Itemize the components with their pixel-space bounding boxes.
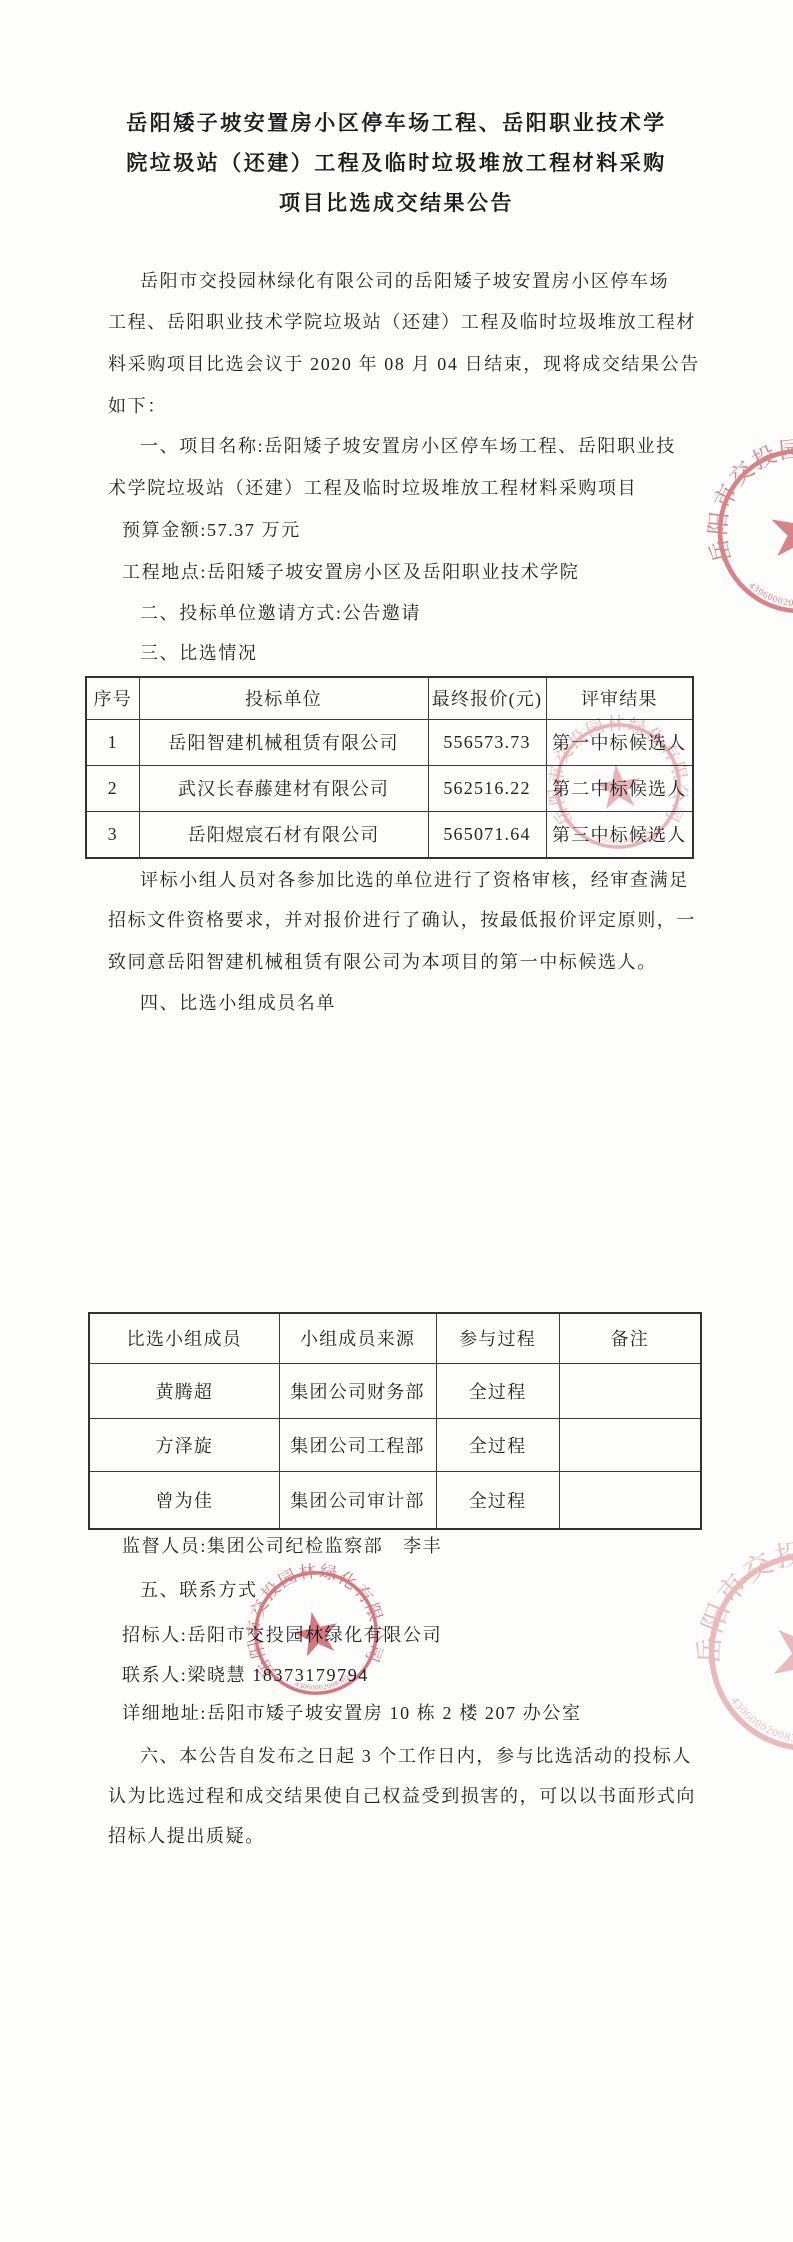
cell-seq: 1	[86, 719, 139, 765]
header-cell: 比选小组成员	[89, 1313, 279, 1363]
intro-line: 工程、岳阳职业技术学院垃圾站（还建）工程及临时垃圾堆放工程材	[108, 308, 696, 336]
cell-process: 全过程	[436, 1471, 559, 1529]
section1-project-name-line: 一、项目名称:岳阳矮子坡安置房小区停车场工程、岳阳职业技	[140, 432, 676, 460]
header-cell: 最终报价(元)	[428, 677, 546, 719]
contact-person-line: 联系人:梁晓慧 18373179794	[122, 1661, 369, 1689]
header-cell: 序号	[86, 677, 139, 719]
bid-results-table: 序号 投标单位 最终报价(元) 评审结果 1 岳阳智建机械租赁有限公司 5565…	[85, 676, 694, 859]
tenderee-line: 招标人:岳阳市交投园林绿化有限公司	[122, 1621, 442, 1649]
document-title-line: 项目比选成交结果公告	[0, 188, 793, 218]
cell-price: 562516.22	[428, 765, 546, 811]
header-cell: 备注	[559, 1313, 701, 1363]
intro-line: 料采购项目比选会议于 2020 年 08 月 04 日结束，现将成交结果公告	[108, 350, 700, 378]
header-cell: 参与过程	[436, 1313, 559, 1363]
section1-project-name-line: 术学院垃圾站（还建）工程及临时垃圾堆放工程材料采购项目	[108, 474, 637, 502]
cell-result: 第二中标候选人	[546, 765, 693, 811]
cell-member: 曾为佳	[89, 1471, 279, 1529]
budget-line: 预算金额:57.37 万元	[122, 516, 301, 544]
table-row: 黄腾超 集团公司财务部 全过程	[89, 1363, 701, 1418]
cell-price: 565071.64	[428, 811, 546, 858]
seal-ring	[708, 439, 793, 622]
intro-line: 岳阳市交投园林绿化有限公司的岳阳矮子坡安置房小区停车场	[140, 267, 669, 295]
address-line: 详细地址:岳阳市矮子坡安置房 10 栋 2 楼 207 办公室	[122, 1699, 582, 1727]
company-seal: ★ 岳阳市交投园林绿化有限公司 430600020083026	[696, 1540, 793, 1764]
table-row: 3 岳阳煜宸石材有限公司 565071.64 第三中标候选人	[86, 811, 693, 858]
cell-remark	[559, 1471, 701, 1529]
table-row: 2 武汉长春藤建材有限公司 562516.22 第二中标候选人	[86, 765, 693, 811]
review-line: 致同意岳阳智建机械租赁有限公司为本项目的第一中标候选人。	[108, 948, 657, 976]
document-title-line: 院垃圾站（还建）工程及临时垃圾堆放工程材料采购	[0, 148, 793, 178]
table-row: 曾为佳 集团公司审计部 全过程	[89, 1471, 701, 1529]
cell-remark	[559, 1418, 701, 1471]
seal-ring	[681, 1525, 793, 1779]
cell-member: 方泽旋	[89, 1418, 279, 1471]
cell-remark	[559, 1363, 701, 1418]
supervisor-line: 监督人员:集团公司纪检监察部 李丰	[122, 1532, 442, 1560]
table-row: 方泽旋 集团公司工程部 全过程	[89, 1418, 701, 1471]
table-header-row: 序号 投标单位 最终报价(元) 评审结果	[86, 677, 693, 719]
section3-heading: 三、比选情况	[140, 639, 258, 667]
header-cell: 小组成员来源	[279, 1313, 436, 1363]
cell-source: 集团公司工程部	[279, 1418, 436, 1471]
company-seal: ★ 岳阳市交投园林绿化有限公司 430600020083026	[707, 438, 793, 624]
seal-serial-text: 430600020083026	[744, 580, 793, 615]
table-row: 1 岳阳智建机械租赁有限公司 556573.73 第一中标候选人	[86, 719, 693, 765]
document-page: 岳阳矮子坡安置房小区停车场工程、岳阳职业技术学 院垃圾站（还建）工程及临时垃圾堆…	[0, 0, 793, 2242]
cell-seq: 3	[86, 811, 139, 858]
cell-source: 集团公司财务部	[279, 1363, 436, 1418]
cell-bidder: 武汉长春藤建材有限公司	[139, 765, 428, 811]
intro-line: 如下：	[108, 392, 167, 420]
cell-source: 集团公司审计部	[279, 1471, 436, 1529]
cell-price: 556573.73	[428, 719, 546, 765]
document-title-line: 岳阳矮子坡安置房小区停车场工程、岳阳职业技术学	[0, 108, 793, 138]
panel-members-table: 比选小组成员 小组成员来源 参与过程 备注 黄腾超 集团公司财务部 全过程 方泽…	[88, 1312, 702, 1530]
section2-invitation-line: 二、投标单位邀请方式:公告邀请	[140, 599, 421, 627]
review-line: 招标文件资格要求，并对报价进行了确认，按最低报价评定原则，一	[108, 906, 696, 934]
cell-result: 第一中标候选人	[546, 719, 693, 765]
header-cell: 评审结果	[546, 677, 693, 719]
seal-serial-text: 430600020083026	[722, 1692, 793, 1756]
cell-bidder: 岳阳煜宸石材有限公司	[139, 811, 428, 858]
cell-result: 第三中标候选人	[546, 811, 693, 858]
review-line: 评标小组人员对各参加比选的单位进行了资格审核，经审查满足	[140, 866, 689, 894]
section4-heading: 四、比选小组成员名单	[140, 989, 336, 1017]
header-cell: 投标单位	[139, 677, 428, 719]
cell-process: 全过程	[436, 1363, 559, 1418]
section5-heading: 五、联系方式	[140, 1576, 258, 1604]
section6-line: 六、本公告自发布之日起 3 个工作日内，参与比选活动的投标人	[140, 1742, 692, 1770]
star-icon: ★	[746, 1587, 793, 1721]
cell-seq: 2	[86, 765, 139, 811]
cell-process: 全过程	[436, 1418, 559, 1471]
section6-line: 认为比选过程和成交结果使自己权益受到损害的，可以以书面形式向	[108, 1782, 696, 1810]
seal-company-text: 岳阳市交投园林绿化有限公司	[697, 423, 793, 605]
seal-company-text: 岳阳市交投园林绿化有限公司	[675, 1501, 793, 1764]
section6-line: 招标人提出质疑。	[108, 1822, 265, 1850]
table-header-row: 比选小组成员 小组成员来源 参与过程 备注	[89, 1313, 701, 1363]
cell-member: 黄腾超	[89, 1363, 279, 1418]
location-line: 工程地点:岳阳矮子坡安置房小区及岳阳职业技术学院	[122, 558, 579, 586]
star-icon: ★	[758, 482, 793, 583]
cell-bidder: 岳阳智建机械租赁有限公司	[139, 719, 428, 765]
